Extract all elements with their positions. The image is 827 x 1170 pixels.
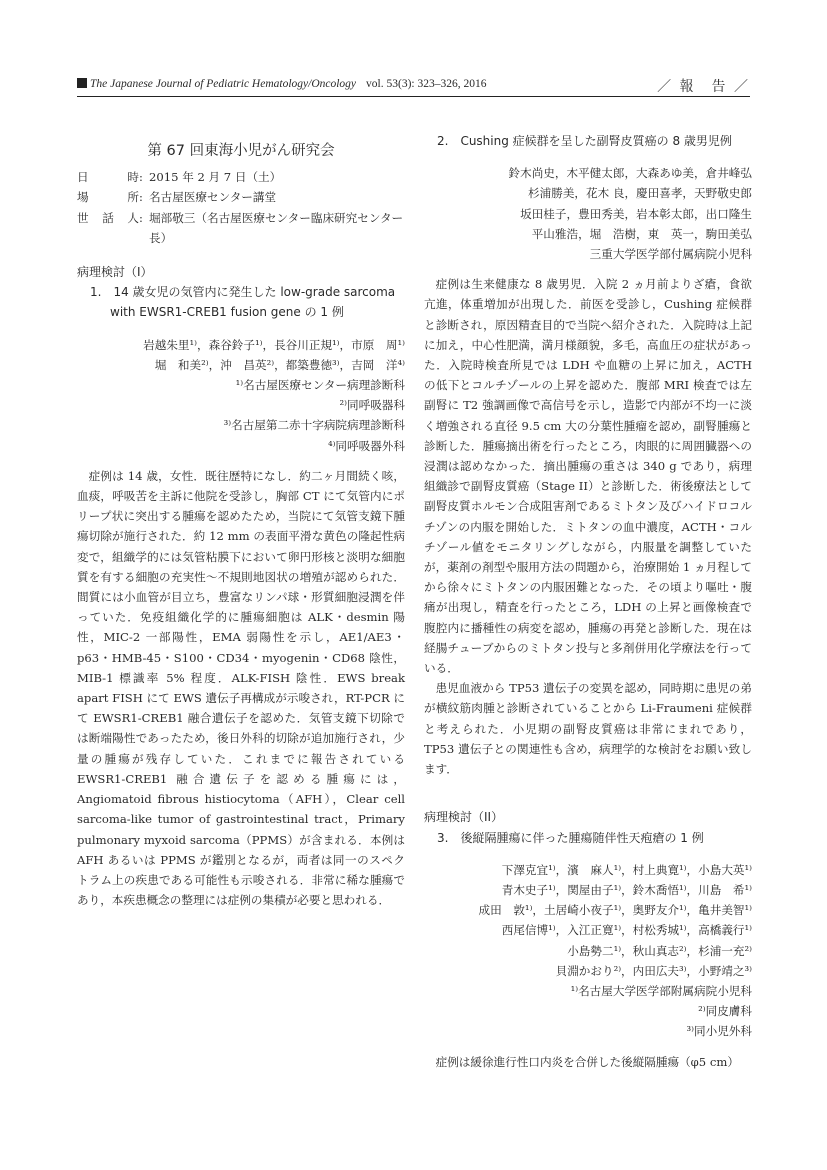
body-paragraph: 症例は生来健康な 8 歳男児．入院 2 ヵ月前よりざ瘡，食欲亢進，体重増加が出現…: [424, 274, 752, 678]
case-title: 3. 後縦隔腫瘍に伴った腫瘍随伴性天疱瘡の 1 例: [424, 828, 752, 848]
black-square-icon: [77, 78, 87, 88]
info-date: 日 時:2015 年 2 月 7 日（土）: [77, 167, 405, 187]
body-paragraph: 症例は 14 歳，女性．既往歴特になし．約二ヶ月間続く咳，血痰，呼吸苦を主訴に他…: [77, 466, 405, 910]
volume-info: vol. 53(3): 323–326, 2016: [366, 78, 486, 90]
author-line: 青木史子¹⁾，関屋由子¹⁾，鈴木喬悟¹⁾，川島 希¹⁾: [424, 880, 752, 900]
info-value: 2015 年 2 月 7 日（土）: [149, 167, 405, 187]
left-column: 第 67 回東海小児がん研究会 日 時:2015 年 2 月 7 日（土） 場 …: [77, 135, 405, 910]
case-title: 2. Cushing 症候群を呈した副腎皮質癌の 8 歳男児例: [424, 131, 752, 151]
journal-citation: The Japanese Journal of Pediatric Hemato…: [77, 78, 486, 90]
info-label: 場 所: [77, 187, 139, 207]
affiliation: ⁴⁾同呼吸器外科: [77, 436, 405, 456]
author-block: 岩越朱里¹⁾，森谷鈴子¹⁾，長谷川正規¹⁾，市原 周¹⁾ 堀 和美²⁾，沖 昌英…: [77, 335, 405, 456]
author-block: 鈴木尚史，木平健太郎，大森あゆ美，倉井峰弘 杉浦勝美，花木 良，慶田喜孝，天野敬…: [424, 163, 752, 264]
section-heading: 病理検討（II）: [424, 807, 752, 827]
info-value: 堀部敬三（名古屋医療センター臨床研究センター長）: [149, 208, 405, 248]
running-header: The Japanese Journal of Pediatric Hemato…: [77, 74, 750, 97]
affiliation: ¹⁾名古屋医療センター病理診断科: [77, 375, 405, 395]
body-paragraph: 症例は緩徐進行性口内炎を合併した後縦隔腫瘍（φ5 cm）: [424, 1052, 752, 1072]
author-line: 平山雅浩，堀 浩樹，東 英一，駒田美弘: [424, 224, 752, 244]
colon: :: [139, 167, 149, 187]
journal-name: The Japanese Journal of Pediatric Hemato…: [90, 78, 356, 90]
author-line: 西尾信博¹⁾，入江正寛¹⁾，村松秀城¹⁾，高橋義行¹⁾: [424, 920, 752, 940]
info-label: 日 時: [77, 167, 139, 187]
article-category: ／ 報 告 ／: [657, 76, 750, 96]
right-column: 2. Cushing 症候群を呈した副腎皮質癌の 8 歳男児例 鈴木尚史，木平健…: [424, 127, 752, 1072]
affiliation: ²⁾同皮膚科: [424, 1001, 752, 1021]
colon: :: [139, 187, 149, 207]
affiliation: 三重大学医学部付属病院小児科: [424, 244, 752, 264]
info-place: 場 所:名古屋医療センター講堂: [77, 187, 405, 207]
meeting-title: 第 67 回東海小児がん研究会: [77, 141, 405, 161]
author-line: 堀 和美²⁾，沖 昌英²⁾，都築豊徳³⁾，吉岡 洋⁴⁾: [77, 355, 405, 375]
affiliation: ¹⁾名古屋大学医学部附属病院小児科: [424, 981, 752, 1001]
author-line: 小島勢二¹⁾，秋山真志²⁾，杉浦一充²⁾: [424, 941, 752, 961]
info-value: 名古屋医療センター講堂: [149, 187, 405, 207]
affiliation: ²⁾同呼吸器科: [77, 395, 405, 415]
info-label: 世話人: [77, 208, 139, 248]
case-title: 1. 14 歳女児の気管内に発生した low-grade sarcoma wit…: [77, 282, 405, 322]
author-block: 下澤克宜¹⁾，濱 麻人¹⁾，村上典寛¹⁾，小島大英¹⁾ 青木史子¹⁾，関屋由子¹…: [424, 860, 752, 1042]
colon: :: [139, 208, 149, 248]
body-paragraph: 患児血液から TP53 遺伝子の変異を認め，同時期に患児の弟が横紋筋肉腫と診断さ…: [424, 678, 752, 779]
author-line: 成田 敦¹⁾，土居崎小夜子¹⁾，奥野友介¹⁾，亀井美智¹⁾: [424, 900, 752, 920]
author-line: 下澤克宜¹⁾，濱 麻人¹⁾，村上典寛¹⁾，小島大英¹⁾: [424, 860, 752, 880]
author-line: 鈴木尚史，木平健太郎，大森あゆ美，倉井峰弘: [424, 163, 752, 183]
info-organizer: 世話人:堀部敬三（名古屋医療センター臨床研究センター長）: [77, 208, 405, 248]
affiliation: ³⁾名古屋第二赤十字病院病理診断科: [77, 415, 405, 435]
author-line: 杉浦勝美，花木 良，慶田喜孝，天野敬史郎: [424, 183, 752, 203]
author-line: 坂田桂子，豊田秀美，岩本彰太郎，出口隆生: [424, 204, 752, 224]
author-line: 貝淵かおり²⁾，内田広夫³⁾，小野靖之³⁾: [424, 961, 752, 981]
section-heading: 病理検討（I）: [77, 262, 405, 282]
affiliation: ³⁾同小児外科: [424, 1021, 752, 1041]
author-line: 岩越朱里¹⁾，森谷鈴子¹⁾，長谷川正規¹⁾，市原 周¹⁾: [77, 335, 405, 355]
